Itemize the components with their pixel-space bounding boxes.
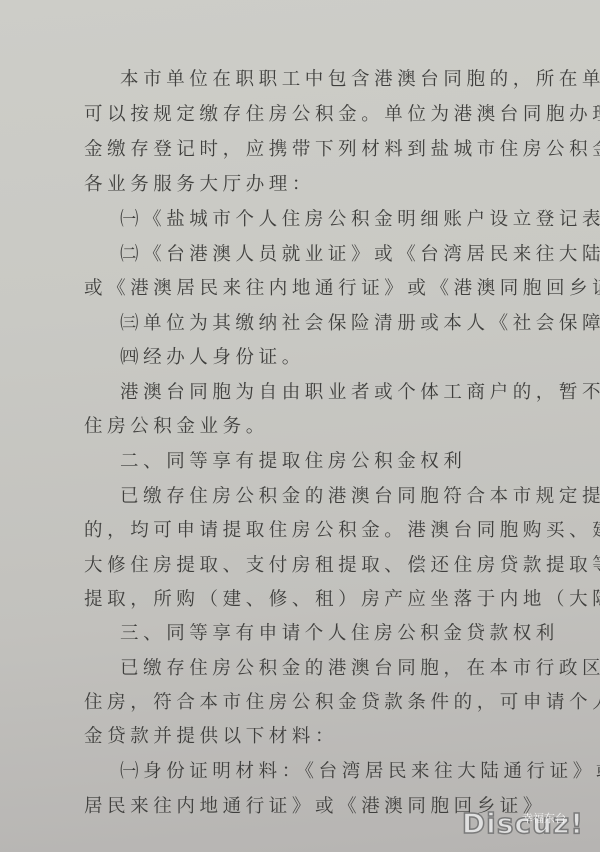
list-item: ㈢单位为其缴纳社会保险清册或本人《社会保障卡》原件；: [120, 312, 600, 336]
paragraph-line: 金贷款并提供以下材料：: [84, 725, 338, 749]
paragraph-line: 各业务服务大厅办理：: [84, 173, 315, 197]
section-heading: 三、同等享有申请个人住房公积金贷款权利: [120, 622, 559, 646]
paragraph-line: 本市单位在职职工中包含港澳台同胞的，所在单位和个人: [120, 68, 600, 92]
list-item: ㈡《台港澳人员就业证》或《台湾居民来往大陆通行证》: [120, 243, 600, 267]
paragraph-line: 的，均可申请提取住房公积金。港澳台同胞购买、建造、翻建、: [84, 519, 600, 543]
list-item: 或《港澳居民来往内地通行证》或《港澳同胞回乡证》原件；: [84, 277, 600, 301]
paragraph-line: 金缴存登记时，应携带下列材料到盐城市住房公积金管理中心: [84, 138, 600, 162]
document-page: 本市单位在职职工中包含港澳台同胞的，所在单位和个人 可以按规定缴存住房公积金。单…: [0, 0, 600, 852]
paragraph-line: 提取，所购（建、修、租）房产应坐落于内地（大陆）。: [84, 588, 600, 612]
paragraph-line: 住房公积金业务。: [84, 415, 269, 439]
paragraph-line: 可以按规定缴存住房公积金。单位为港澳台同胞办理住房公积: [84, 103, 600, 127]
paragraph-line: 已缴存住房公积金的港澳台同胞，在本市行政区域内购买: [120, 657, 600, 681]
list-item: ㈠身份证明材料：《台湾居民来往大陆通行证》或《港澳: [120, 760, 600, 784]
paragraph-line: 住房，符合本市住房公积金贷款条件的，可申请个人住房公积: [84, 691, 600, 715]
paragraph-line: 大修住房提取、支付房租提取、偿还住房贷款提取等涉房消费: [84, 554, 600, 578]
paragraph-line: 已缴存住房公积金的港澳台同胞符合本市规定提取情形: [120, 485, 600, 509]
paragraph-line: 港澳台同胞为自由职业者或个体工商户的，暂不办理缴存: [120, 381, 600, 405]
list-item: ㈣经办人身份证。: [120, 346, 305, 370]
watermark-subtext: 幸福东台: [522, 810, 566, 826]
list-item: ㈠《盐城市个人住房公积金明细账户设立登记表》；: [120, 208, 600, 232]
section-heading: 二、同等享有提取住房公积金权利: [120, 450, 467, 474]
